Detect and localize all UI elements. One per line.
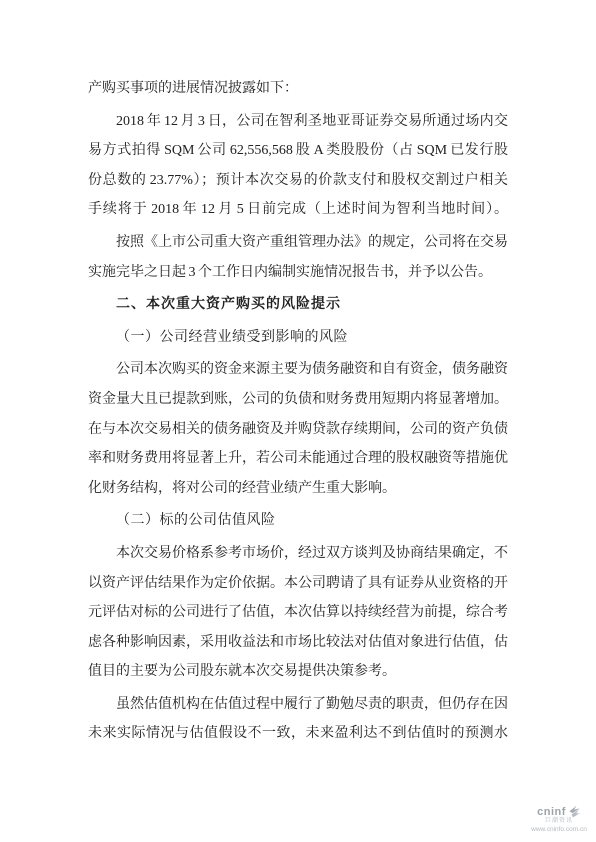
subheading-operating-risk: （一）公司经营业绩受到影响的风险 xyxy=(88,323,508,353)
paragraph-funding-risk: 公司本次购买的资金来源主要为债务融资和自有资金，债务融资 资金量大且已提款到账，… xyxy=(88,355,508,503)
text-line: 在与本次交易相关的债务融资及并购贷款存续期间，公司的资产负债 xyxy=(88,415,508,445)
subheading-valuation-risk: （二）标的公司估值风险 xyxy=(88,506,508,536)
cninfo-brand-text: cninf xyxy=(537,806,566,818)
text-line: 手续将于 2018 年 12 月 5 日前完成（上述时间为智利当地时间）。 xyxy=(88,195,508,225)
text-line: 虑各种影响因素，采用收益法和市场比较法对估值对象进行估值，估 xyxy=(88,628,508,658)
text-line: 本次交易价格系参考市场价，经过双方谈判及协商结果确定，不 xyxy=(88,539,508,569)
heading-text: 二、本次重大资产购买的风险提示 xyxy=(88,290,508,320)
text-line: 按照《上市公司重大资产重组管理办法》的规定，公司将在交易 xyxy=(88,228,508,258)
text-line: 未来实际情况与估值假设不一致，未来盈利达不到估值时的预测水 xyxy=(88,719,508,749)
paragraph-valuation-caveat: 虽然估值机构在估值过程中履行了勤勉尽责的职责，但仍存在因 未来实际情况与估值假设… xyxy=(88,690,508,749)
paragraph-valuation-method: 本次交易价格系参考市场价，经过双方谈判及协商结果确定，不 以资产评估结果作为定价… xyxy=(88,539,508,687)
text-line: 公司本次购买的资金来源主要为债务融资和自有资金，债务融资 xyxy=(88,355,508,385)
cninfo-brand-chinese: 巨潮资讯 xyxy=(527,818,591,825)
cninfo-url-text: www.cninfo.com.cn xyxy=(527,825,591,834)
text-line: 产购买事项的进展情况披露如下： xyxy=(88,74,508,104)
text-line: 2018 年 12 月 3 日，公司在智利圣地亚哥证券交易所通过场内交 xyxy=(88,107,508,137)
pdf-page: { "page": { "background": "#ffffff", "te… xyxy=(0,0,596,842)
text-line: 化财务结构，将对公司的经营业绩产生重大影响。 xyxy=(88,474,508,504)
text-line: 资金量大且已提款到账，公司的负债和财务费用短期内将显著增加。 xyxy=(88,385,508,415)
text-line: 易方式拍得 SQM 公司 62,556,568 股 A 类股股份（占 SQM 已… xyxy=(88,136,508,166)
text-line: 实施完毕之日起 3 个工作日内编制实施情况报告书，并予以公告。 xyxy=(88,258,508,288)
paragraph-regulation: 按照《上市公司重大资产重组管理办法》的规定，公司将在交易 实施完毕之日起 3 个… xyxy=(88,228,508,287)
cninfo-logo-icon xyxy=(568,805,581,818)
document-body: 产购买事项的进展情况披露如下： 2018 年 12 月 3 日，公司在智利圣地亚… xyxy=(88,74,508,749)
text-line: 值目的主要为公司股东就本次交易提供决策参考。 xyxy=(88,657,508,687)
section-heading-risk: 二、本次重大资产购买的风险提示 xyxy=(88,290,508,320)
cninfo-watermark: cninf 巨潮资讯 www.cninfo.com.cn xyxy=(527,805,591,834)
text-line: 份总数的 23.77%）；预计本次交易的价款支付和股权交割过户相关 xyxy=(88,166,508,196)
paragraph-auction-result: 2018 年 12 月 3 日，公司在智利圣地亚哥证券交易所通过场内交 易方式拍… xyxy=(88,107,508,225)
text-line: 以资产评估结果作为定价依据。本公司聘请了具有证券从业资格的开 xyxy=(88,569,508,599)
subheading-text: （二）标的公司估值风险 xyxy=(88,506,508,536)
text-line: 虽然估值机构在估值过程中履行了勤勉尽责的职责，但仍存在因 xyxy=(88,690,508,720)
text-line: 元评估对标的公司进行了估值，本次估算以持续经营为前提，综合考 xyxy=(88,598,508,628)
subheading-text: （一）公司经营业绩受到影响的风险 xyxy=(88,323,508,353)
text-line: 率和财务费用将显著上升，若公司未能通过合理的股权融资等措施优 xyxy=(88,444,508,474)
paragraph-continuation: 产购买事项的进展情况披露如下： xyxy=(88,74,508,104)
